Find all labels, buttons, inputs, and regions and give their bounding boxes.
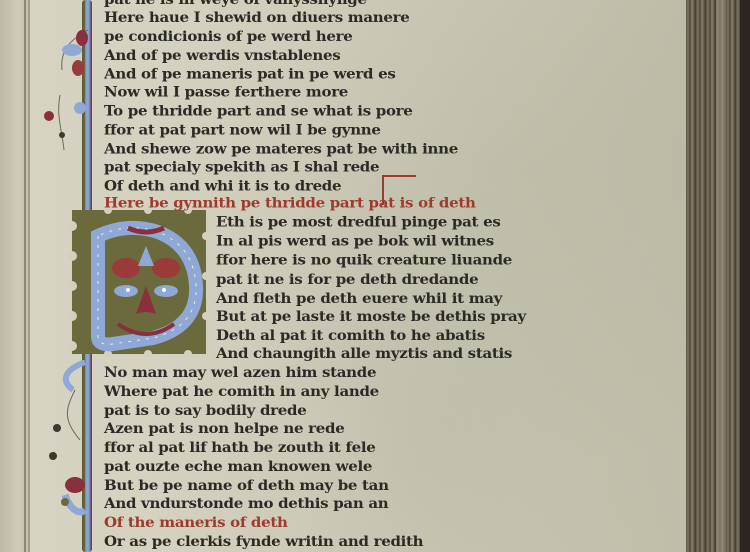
text-line: Now wil I passe ferthere more <box>104 83 348 100</box>
text-line: And vndurstonde mo dethis pan an <box>104 494 388 511</box>
text-line: To pe thridde part and se what is pore <box>104 102 413 119</box>
rubric-heading: Of the maneris of deth <box>104 513 288 530</box>
text-line: No man may wel azen him stande <box>104 363 376 380</box>
text-line: pe condicionis of pe werd here <box>104 27 353 44</box>
text-line: Of deth and whi it is to drede <box>104 177 341 194</box>
text-line: ffor al pat lif hath be zouth it fele <box>104 438 376 455</box>
text-line: And of pe werdis vnstablenes <box>104 46 340 63</box>
border-flourish-top-icon <box>40 20 100 160</box>
text-line: But at pe laste it moste be dethis pray <box>216 307 526 324</box>
text-line: Eth is pe most dredful pinge pat es <box>216 213 500 230</box>
text-line: Here haue I shewid on diuers manere <box>104 8 409 25</box>
text-line: And fleth pe deth euere whil it may <box>216 289 502 306</box>
ruling-line <box>24 0 26 552</box>
text-line: Deth al pat it comith to he abatis <box>216 326 485 343</box>
text-line: And chaungith alle myztis and statis <box>216 344 512 361</box>
page-edge-highlight <box>716 0 726 552</box>
illuminated-initial-d-icon <box>68 206 210 358</box>
ruling-line <box>28 0 30 552</box>
binding-shadow <box>740 0 750 552</box>
text-line: pat he is in weye of vanysshynge <box>104 0 367 8</box>
text-line: ffor at pat part now wil I be gynne <box>104 121 381 138</box>
text-line: ffor here is no quik creature liuande <box>216 251 512 268</box>
text-line: And of pe maneris pat in pe werd es <box>104 65 396 82</box>
text-line: But be pe name of deth may be tan <box>104 476 389 493</box>
text-line: Azen pat is non helpe ne rede <box>104 419 344 436</box>
rubric-heading: Here be gynnith pe thridde part pat is o… <box>104 194 476 211</box>
page-edges-gutter <box>686 0 750 552</box>
text-line: pat it ne is for pe deth dredande <box>216 270 478 287</box>
border-flourish-bottom-icon <box>45 360 95 540</box>
text-line: Or as pe clerkis fynde writin and redith <box>104 532 423 549</box>
text-line: Where pat he comith in any lande <box>104 382 379 399</box>
text-line: In al pis werd as pe bok wil witnes <box>216 232 494 249</box>
text-line: pat specialy spekith as I shal rede <box>104 158 379 175</box>
text-line: pat is to say bodily drede <box>104 401 306 418</box>
text-line: pat ouzte eche man knowen wele <box>104 457 372 474</box>
text-line: And shewe zow pe materes pat be with inn… <box>104 140 458 157</box>
